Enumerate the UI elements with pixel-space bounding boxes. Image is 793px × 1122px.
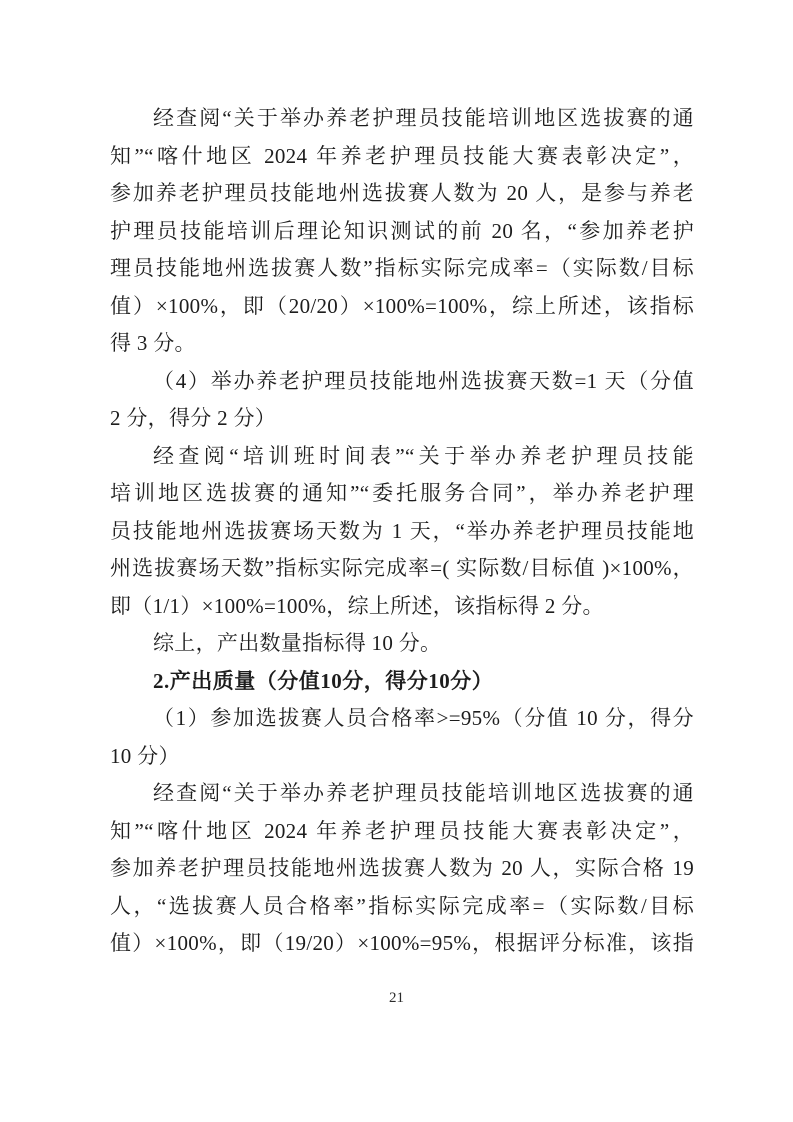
text-line: 经查阅“培训班时间表”“关于举办养老护理员技能 bbox=[110, 438, 694, 476]
text-line: 综上，产出数量指标得 10 分。 bbox=[110, 625, 694, 663]
page-number: 21 bbox=[0, 988, 793, 1008]
section-heading: 2.产出质量（分值10分，得分10分） bbox=[110, 663, 694, 701]
text-line: 员技能地州选拔赛场天数为 1 天，“举办养老护理员技能地 bbox=[110, 513, 694, 551]
text-line: 10 分） bbox=[110, 738, 694, 776]
text-line: 参加养老护理员技能地州选拔赛人数为 20 人，是参与养老 bbox=[110, 175, 694, 213]
text-line: 护理员技能培训后理论知识测试的前 20 名，“参加养老护 bbox=[110, 213, 694, 251]
text-line: （1）参加选拔赛人员合格率>=95%（分值 10 分，得分 bbox=[110, 700, 694, 738]
text-line: 理员技能地州选拔赛人数”指标实际完成率=（实际数/目标 bbox=[110, 250, 694, 288]
text-line: 经查阅“关于举办养老护理员技能培训地区选拔赛的通 bbox=[110, 100, 694, 138]
text-line: （4）举办养老护理员技能地州选拔赛天数=1 天（分值 bbox=[110, 363, 694, 401]
text-line: 值）×100%，即（20/20）×100%=100%，综上所述，该指标 bbox=[110, 288, 694, 326]
text-line: 参加养老护理员技能地州选拔赛人数为 20 人，实际合格 19 bbox=[110, 850, 694, 888]
text-line: 州选拔赛场天数”指标实际完成率=( 实际数/目标值 )×100%， bbox=[110, 550, 694, 588]
document-body: 经查阅“关于举办养老护理员技能培训地区选拔赛的通 知”“喀什地区 2024 年养… bbox=[110, 100, 694, 963]
text-line: 人，“选拔赛人员合格率”指标实际完成率=（实际数/目标 bbox=[110, 888, 694, 926]
text-line: 得 3 分。 bbox=[110, 325, 694, 363]
text-line: 即（1/1）×100%=100%，综上所述，该指标得 2 分。 bbox=[110, 588, 694, 626]
text-line: 培训地区选拔赛的通知”“委托服务合同”，举办养老护理 bbox=[110, 475, 694, 513]
text-line: 知”“喀什地区 2024 年养老护理员技能大赛表彰决定”， bbox=[110, 138, 694, 176]
document-page: 经查阅“关于举办养老护理员技能培训地区选拔赛的通 知”“喀什地区 2024 年养… bbox=[0, 0, 793, 1122]
text-line: 2 分，得分 2 分） bbox=[110, 400, 694, 438]
text-line: 经查阅“关于举办养老护理员技能培训地区选拔赛的通 bbox=[110, 775, 694, 813]
text-line: 值）×100%，即（19/20）×100%=95%，根据评分标准，该指 bbox=[110, 925, 694, 963]
text-line: 知”“喀什地区 2024 年养老护理员技能大赛表彰决定”， bbox=[110, 813, 694, 851]
